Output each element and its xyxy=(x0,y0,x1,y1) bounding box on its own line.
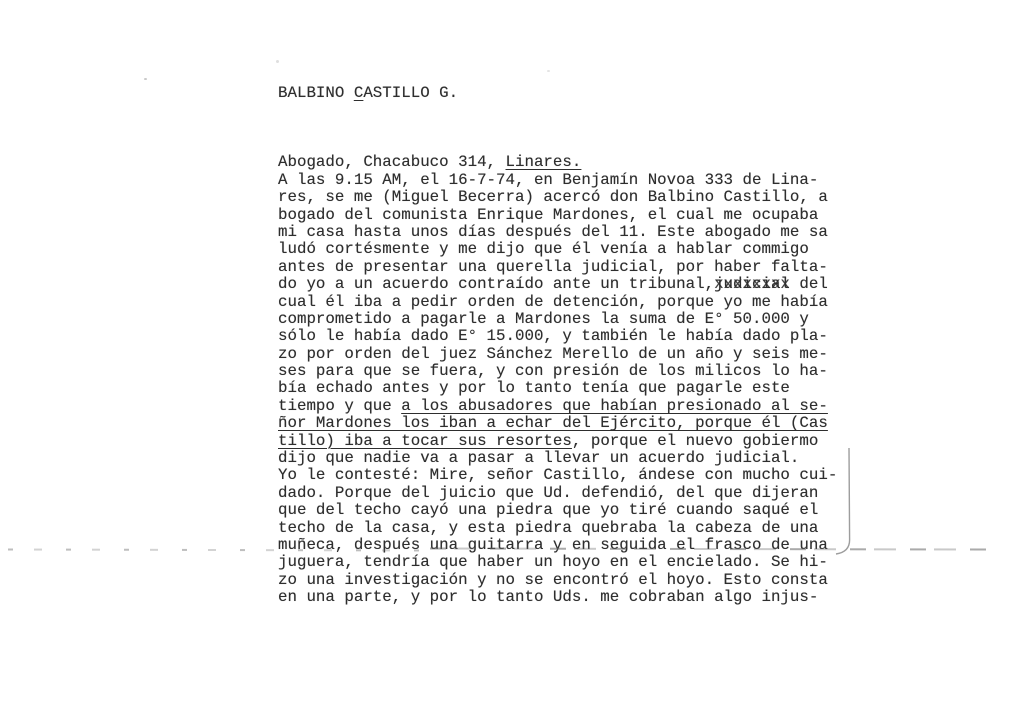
text-line: ses para que se fuera, y con presión de … xyxy=(278,363,837,380)
text-line: mi casa hasta unos días después del 11. … xyxy=(278,224,837,241)
text-line: muñeca, después una guitarra y en seguid… xyxy=(278,537,837,554)
text-line: tiempo y que a los abusadores que habían… xyxy=(278,398,837,415)
text-line: zo una investigación y no se encontró el… xyxy=(278,572,837,589)
scan-artifact-speck xyxy=(144,78,147,80)
text-line: sólo le había dado E° 15.000, y también … xyxy=(278,328,837,345)
text-line: juguera, tendría que haber un hoyo en el… xyxy=(278,554,837,571)
text-line: en una parte, y por lo tanto Uds. me cob… xyxy=(278,589,837,606)
text-line: do yo a un acuerdo contraído ante un tri… xyxy=(278,276,837,293)
text-line: A las 9.15 AM, el 16-7-74, en Benjamín N… xyxy=(278,172,837,189)
text-line: Yo le contesté: Mire, señor Castillo, án… xyxy=(278,467,837,484)
scan-artifact-speck xyxy=(276,60,279,63)
overstruck-word: judicialxxxxxxxx xyxy=(714,276,790,293)
scanned-page: BALBINO CASTILLO G. Abogado, Chacabuco 3… xyxy=(0,0,1012,717)
document-title: BALBINO CASTILLO G. xyxy=(278,85,837,102)
text-line: res, se me (Miguel Becerra) acercó don B… xyxy=(278,189,837,206)
text-line: que del techo cayó una piedra que yo tir… xyxy=(278,502,837,519)
document-body: Abogado, Chacabuco 314, Linares.A las 9.… xyxy=(278,154,837,606)
text-line: cual él iba a pedir orden de detención, … xyxy=(278,294,837,311)
text-line: tillo) iba a tocar sus resortes, porque … xyxy=(278,433,837,450)
text-line: techo de la casa, y esta piedra quebraba… xyxy=(278,520,837,537)
scan-artifact-vertical-line xyxy=(830,440,860,565)
scan-artifact-speck xyxy=(547,70,550,72)
text-line: bogado del comunista Enrique Mardones, e… xyxy=(278,207,837,224)
text-line: comprometido a pagarle a Mardones la sum… xyxy=(278,311,837,328)
text-line: ludó cortésmente y me dijo que él venía … xyxy=(278,241,837,258)
text-line: zo por orden del juez Sánchez Merello de… xyxy=(278,346,837,363)
text-line: bía echado antes y por lo tanto tenía qu… xyxy=(278,380,837,397)
text-line: dijo que nadie va a pasar a llevar un ac… xyxy=(278,450,837,467)
text-line: ñor Mardones los iban a echar del Ejérci… xyxy=(278,415,837,432)
text-line: antes de presentar una querella judicial… xyxy=(278,259,837,276)
typewritten-document: BALBINO CASTILLO G. Abogado, Chacabuco 3… xyxy=(278,50,837,641)
text-line: dado. Porque del juicio que Ud. defendió… xyxy=(278,485,837,502)
text-line: Abogado, Chacabuco 314, Linares. xyxy=(278,154,837,171)
